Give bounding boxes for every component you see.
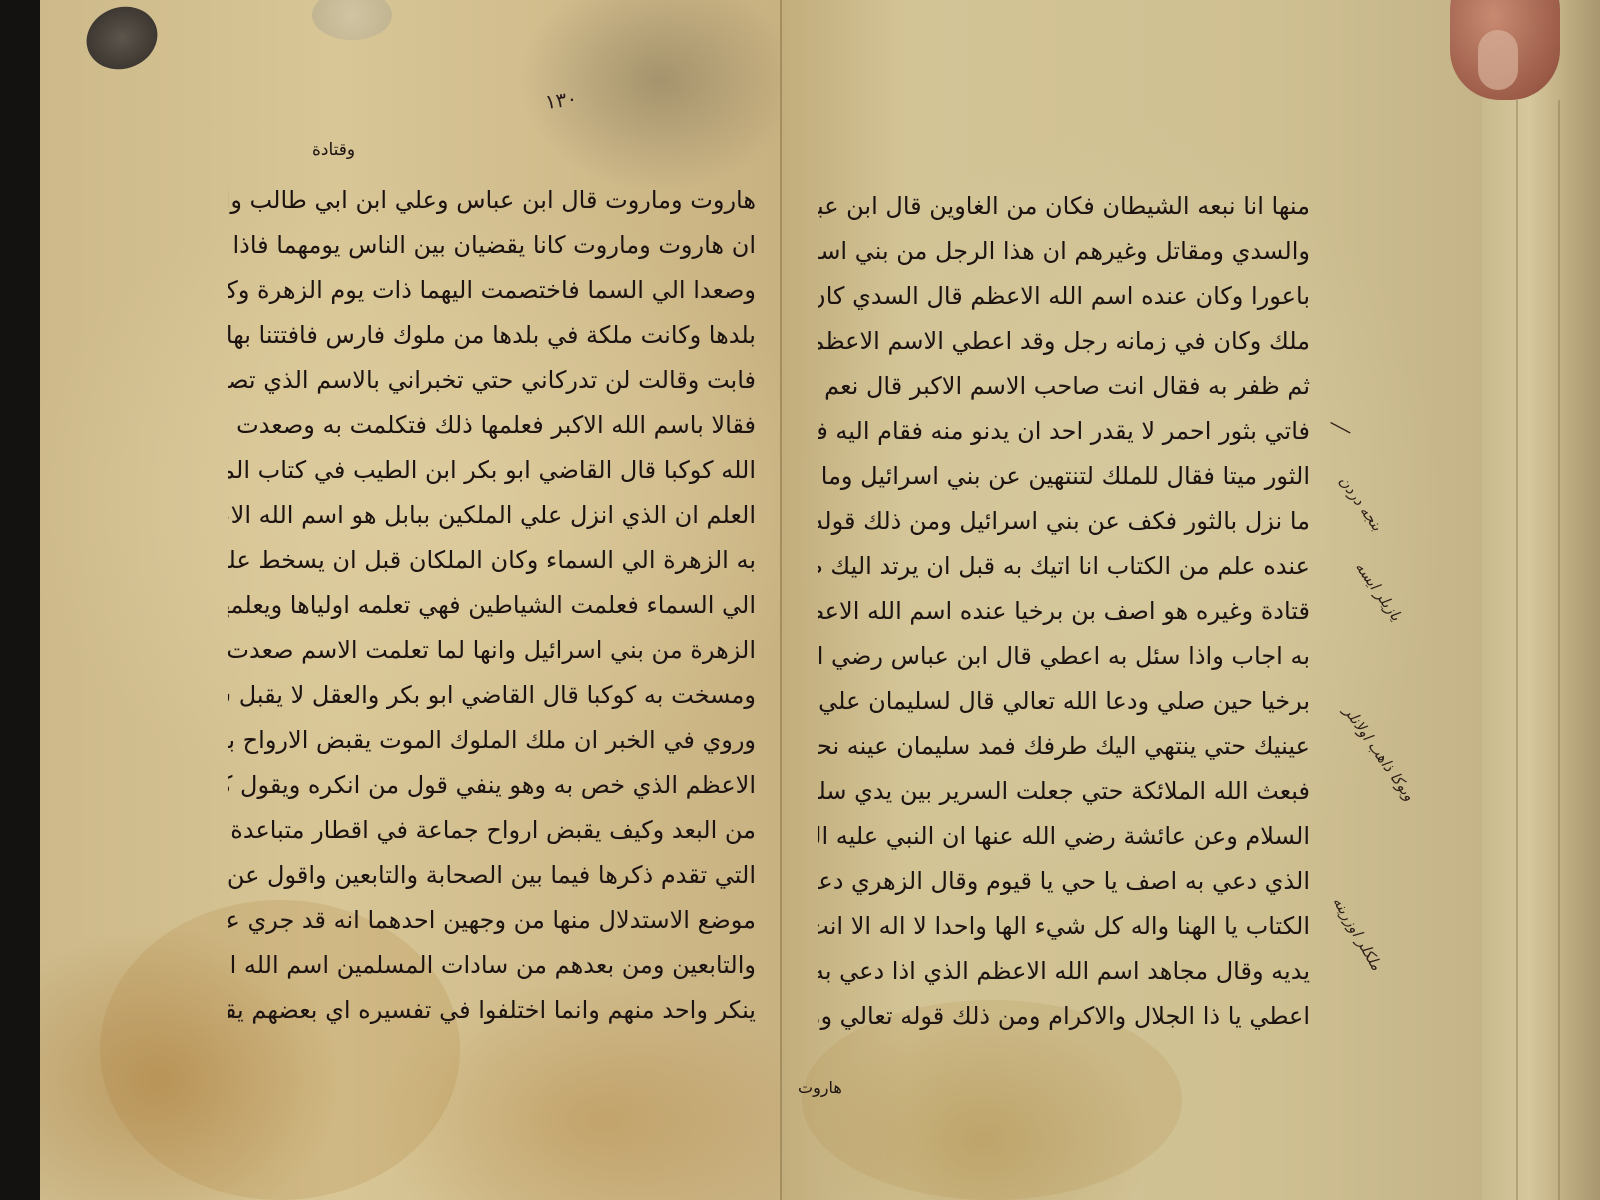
text-line: ان هاروت وماروت كانا يقضيان بين الناس يو… — [228, 223, 756, 268]
page-fold-line — [1558, 100, 1560, 1200]
page-fold-line — [1516, 100, 1518, 1200]
text-line: الاعظم الذي خص به وهو ينفي قول من انكره … — [228, 763, 756, 808]
text-line: برخيا حين صلي ودعا الله تعالي قال لسليما… — [818, 679, 1310, 724]
text-line: قتادة وغيره هو اصف بن برخيا عنده اسم الل… — [818, 589, 1310, 634]
right-page-text: منها انا نبعه الشيطان فكان من الغاوين قا… — [818, 184, 1310, 1039]
thumbnail — [1478, 30, 1518, 90]
text-line: به اجاب واذا سئل به اعطي قال ابن عباس رض… — [818, 634, 1310, 679]
text-line: بلدها وكانت ملكة في بلدها من ملوك فارس ف… — [228, 313, 756, 358]
text-line: ينكر واحد منهم وانما اختلفوا في تفسيره ا… — [228, 988, 756, 1033]
text-line: وروي في الخبر ان ملك الملوك الموت يقبض ا… — [228, 718, 756, 763]
text-line: فاتي بثور احمر لا يقدر احد ان يدنو منه ف… — [818, 409, 1310, 454]
text-line: العلم ان الذي انزل علي الملكين ببابل هو … — [228, 493, 756, 538]
photo-scene: ١٣٠ وقتادة هاروت وماروت قال ابن عباس وعل… — [0, 0, 1600, 1200]
text-line: الكتاب يا الهنا واله كل شيء الها واحدا ل… — [818, 904, 1310, 949]
text-line: منها انا نبعه الشيطان فكان من الغاوين قا… — [818, 184, 1310, 229]
text-line: الذي دعي به اصف يا حي يا قيوم وقال الزهر… — [818, 859, 1310, 904]
text-line: الي السماء فعلمت الشياطين فهي تعلمه اولي… — [228, 583, 756, 628]
text-line: عينيك حتي ينتهي اليك طرفك فمد سليمان عين… — [818, 724, 1310, 769]
text-line: فقالا باسم الله الاكبر فعلمها ذلك فتكلمت… — [228, 403, 756, 448]
folio-number: ١٣٠ — [543, 86, 578, 114]
text-line: ومسخت به كوكبا قال القاضي ابو بكر والعقل… — [228, 673, 756, 718]
text-line: الثور ميتا فقال للملك لتنتهين عن بني اسر… — [818, 454, 1310, 499]
text-line: هاروت وماروت قال ابن عباس وعلي ابن ابي ط… — [228, 178, 756, 223]
text-line: الزهرة من بني اسرائيل وانها لما تعلمت ال… — [228, 628, 756, 673]
text-line: ملك وكان في زمانه رجل وقد اعطي الاسم الا… — [818, 319, 1310, 364]
text-line: فابت وقالت لن تدركاني حتي تخبراني بالاسم… — [228, 358, 756, 403]
text-line: ثم ظفر به فقال انت صاحب الاسم الاكبر قال… — [818, 364, 1310, 409]
text-line: يديه وقال مجاهد اسم الله الاعظم الذي اذا… — [818, 949, 1310, 994]
text-line: فبعث الله الملائكة حتي جعلت السرير بين ي… — [818, 769, 1310, 814]
text-line: والتابعين ومن بعدهم من سادات المسلمين اس… — [228, 943, 756, 988]
text-line: والسدي ومقاتل وغيرهم ان هذا الرجل من بني… — [818, 229, 1310, 274]
text-line: الله كوكبا قال القاضي ابو بكر ابن الطيب … — [228, 448, 756, 493]
background-dark-edge — [0, 0, 42, 1200]
text-line: وصعدا الي السما فاختصمت اليهما ذات يوم ا… — [228, 268, 756, 313]
catchword: هاروت — [798, 1078, 842, 1097]
left-page-text: هاروت وماروت قال ابن عباس وعلي ابن ابي ط… — [228, 178, 756, 1033]
text-line: اعطي يا ذا الجلال والاكرام ومن ذلك قوله … — [818, 994, 1310, 1039]
text-line: السلام وعن عائشة رضي الله عنها ان النبي … — [818, 814, 1310, 859]
text-line: التي تقدم ذكرها فيما بين الصحابة والتابع… — [228, 853, 756, 898]
heading-addition: وقتادة — [312, 140, 355, 160]
text-line: عنده علم من الكتاب انا اتيك به قبل ان ير… — [818, 544, 1310, 589]
page-stack-edge — [1482, 0, 1600, 1200]
text-line: من البعد وكيف يقبض ارواح جماعة في اقطار … — [228, 808, 756, 853]
text-line: ما نزل بالثور فكف عن بني اسرائيل ومن ذلك… — [818, 499, 1310, 544]
text-line: به الزهرة الي السماء وكان الملكان قبل ان… — [228, 538, 756, 583]
text-line: باعورا وكان عنده اسم الله الاعظم قال الس… — [818, 274, 1310, 319]
text-line: موضع الاستدلال منها من وجهين احدهما انه … — [228, 898, 756, 943]
